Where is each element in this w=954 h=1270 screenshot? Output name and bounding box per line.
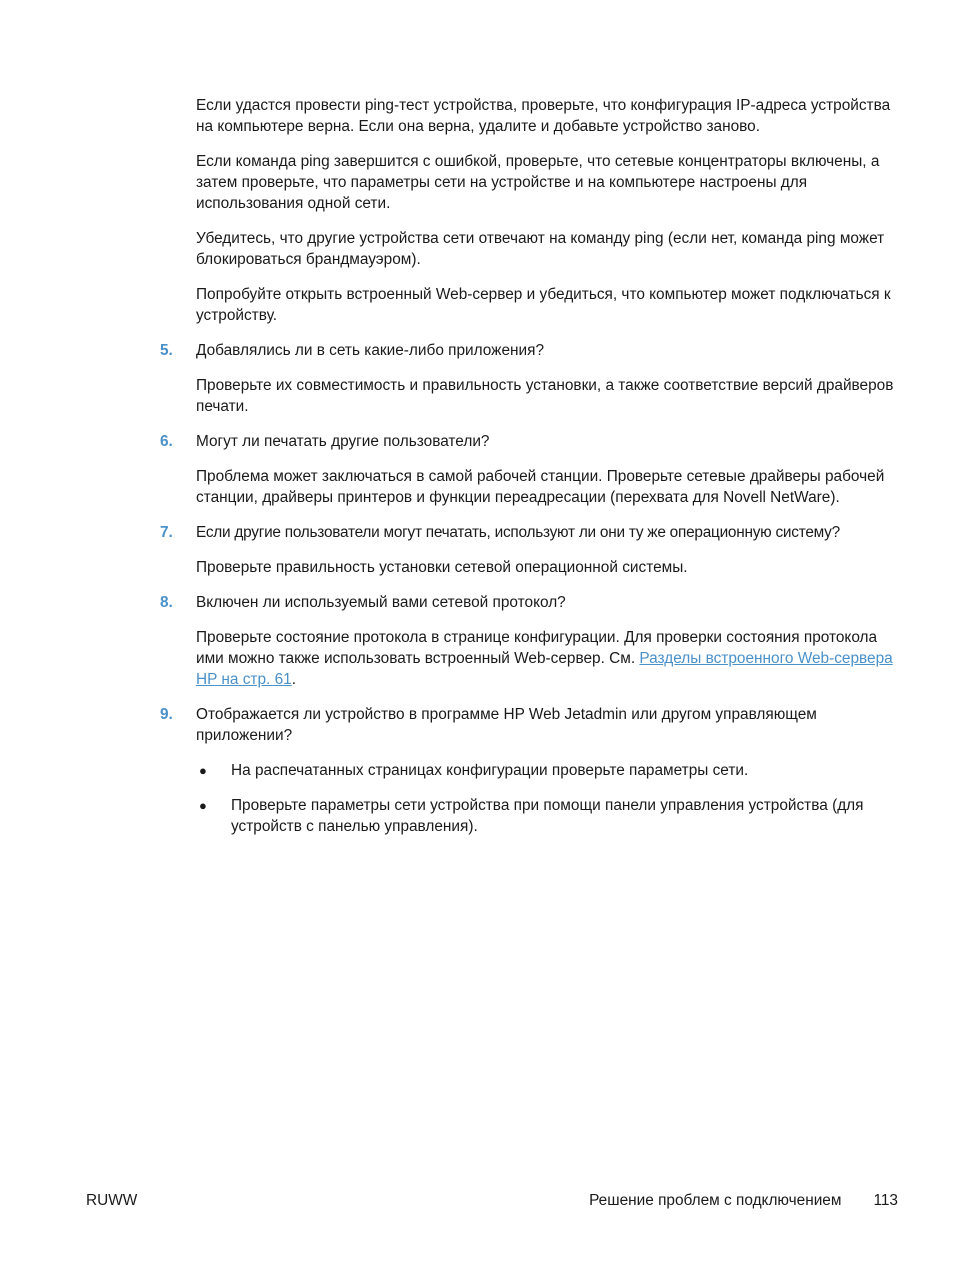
item-question: Могут ли печатать другие пользователи? [196,433,490,450]
bullet-icon: ● [199,760,207,781]
item-number: 9. [160,704,173,725]
list-item-8: 8. Включен ли используемый вами сетевой … [160,592,900,613]
item-answer: Проверьте состояние протокола в странице… [196,627,900,690]
item-question: Отображается ли устройство в программе H… [196,706,817,744]
bullet-item: ● Проверьте параметры сети устройства пр… [196,795,900,837]
list-item-9: 9. Отображается ли устройство в программ… [160,704,900,746]
item-answer: Проверьте их совместимость и правильност… [196,375,900,417]
bullet-text: Проверьте параметры сети устройства при … [231,797,864,835]
answer-suffix: . [292,671,296,688]
intro-paragraph: Если команда ping завершится с ошибкой, … [196,151,900,214]
page-number: 113 [873,1190,898,1211]
list-item-5: 5. Добавлялись ли в сеть какие-либо прил… [160,340,900,361]
item-number: 6. [160,431,173,452]
item-question: Если другие пользователи могут печатать,… [196,524,840,541]
item-answer: Проблема может заключаться в самой рабоч… [196,466,900,508]
page-content: Если удастся провести ping-тест устройст… [160,95,900,851]
item-question: Включен ли используемый вами сетевой про… [196,594,566,611]
item-number: 7. [160,522,173,543]
item-answer: Проверьте правильность установки сетевой… [196,557,900,578]
list-item-6: 6. Могут ли печатать другие пользователи… [160,431,900,452]
intro-paragraph: Если удастся провести ping-тест устройст… [196,95,900,137]
bullet-item: ● На распечатанных страницах конфигураци… [196,760,900,781]
bullet-icon: ● [199,795,207,816]
list-item-7: 7. Если другие пользователи могут печата… [160,522,900,543]
intro-paragraph: Убедитесь, что другие устройства сети от… [196,228,900,270]
bullet-list: ● На распечатанных страницах конфигураци… [196,760,900,837]
item-question: Добавлялись ли в сеть какие-либо приложе… [196,342,544,359]
item-number: 5. [160,340,173,361]
intro-paragraph: Попробуйте открыть встроенный Web-сервер… [196,284,900,326]
footer-right: Решение проблем с подключением 113 [589,1190,898,1211]
item-number: 8. [160,592,173,613]
footer-section-title: Решение проблем с подключением [589,1190,841,1211]
footer-locale-code: RUWW [86,1190,137,1211]
bullet-text: На распечатанных страницах конфигурации … [231,762,748,779]
